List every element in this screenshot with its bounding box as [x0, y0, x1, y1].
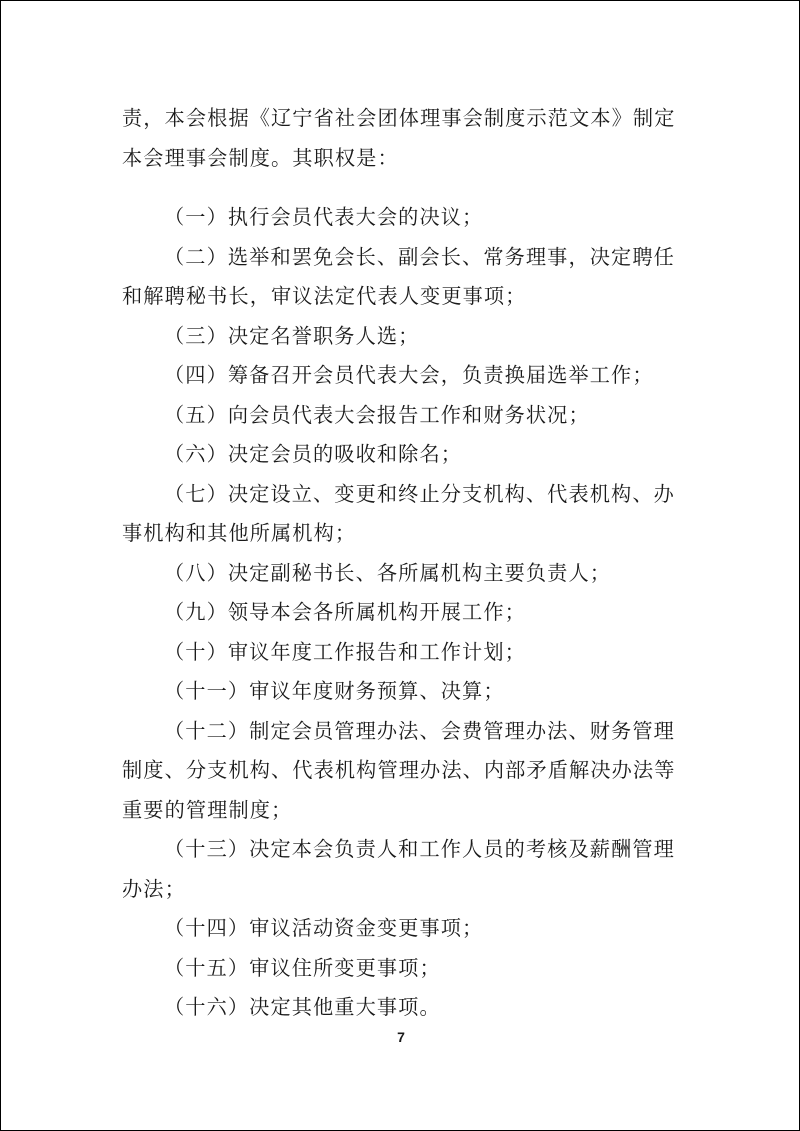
item-7-line-2: 事机构和其他所属机构；: [122, 518, 356, 548]
intro-line-2: 本会理事会制度。其职权是：: [122, 143, 399, 173]
item-7-line-1: （七）决定设立、变更和终止分支机构、代表机构、办: [164, 479, 675, 509]
item-9: （九）领导本会各所属机构开展工作；: [164, 597, 526, 627]
item-10: （十）审议年度工作报告和工作计划；: [164, 637, 526, 667]
item-13-line-1: （十三）决定本会负责人和工作人员的考核及薪酬管理: [164, 834, 675, 864]
item-12-line-2: 制度、分支机构、代表机构管理办法、内部矛盾解决办法等: [122, 755, 675, 785]
item-11: （十一）审议年度财务预算、决算；: [164, 676, 505, 706]
item-6: （六）决定会员的吸收和除名；: [164, 439, 462, 469]
item-2-line-1: （二）选举和罢免会长、副会长、常务理事，决定聘任: [164, 242, 675, 272]
item-5: （五）向会员代表大会报告工作和财务状况；: [164, 400, 590, 430]
item-14: （十四）审议活动资金变更事项；: [164, 913, 483, 943]
document-page: 责，本会根据《辽宁省社会团体理事会制度示范文本》制定 本会理事会制度。其职权是：…: [0, 0, 800, 1131]
item-12-line-1: （十二）制定会员管理办法、会费管理办法、财务管理: [164, 716, 675, 746]
item-16: （十六）决定其他重大事项。: [164, 992, 441, 1022]
item-13-line-2: 办法；: [122, 874, 186, 904]
item-4: （四）筹备召开会员代表大会，负责换届选举工作；: [164, 360, 654, 390]
item-15: （十五）审议住所变更事项；: [164, 953, 441, 983]
item-12-line-3: 重要的管理制度；: [122, 795, 292, 825]
item-8: （八）决定副秘书长、各所属机构主要负责人；: [164, 558, 611, 588]
item-1: （一）执行会员代表大会的决议；: [164, 202, 483, 232]
item-2-line-2: 和解聘秘书长，审议法定代表人变更事项；: [122, 281, 526, 311]
item-3: （三）决定名誉职务人选；: [164, 321, 419, 351]
intro-line-1: 责，本会根据《辽宁省社会团体理事会制度示范文本》制定: [122, 103, 675, 133]
page-number: 7: [1, 1029, 800, 1045]
